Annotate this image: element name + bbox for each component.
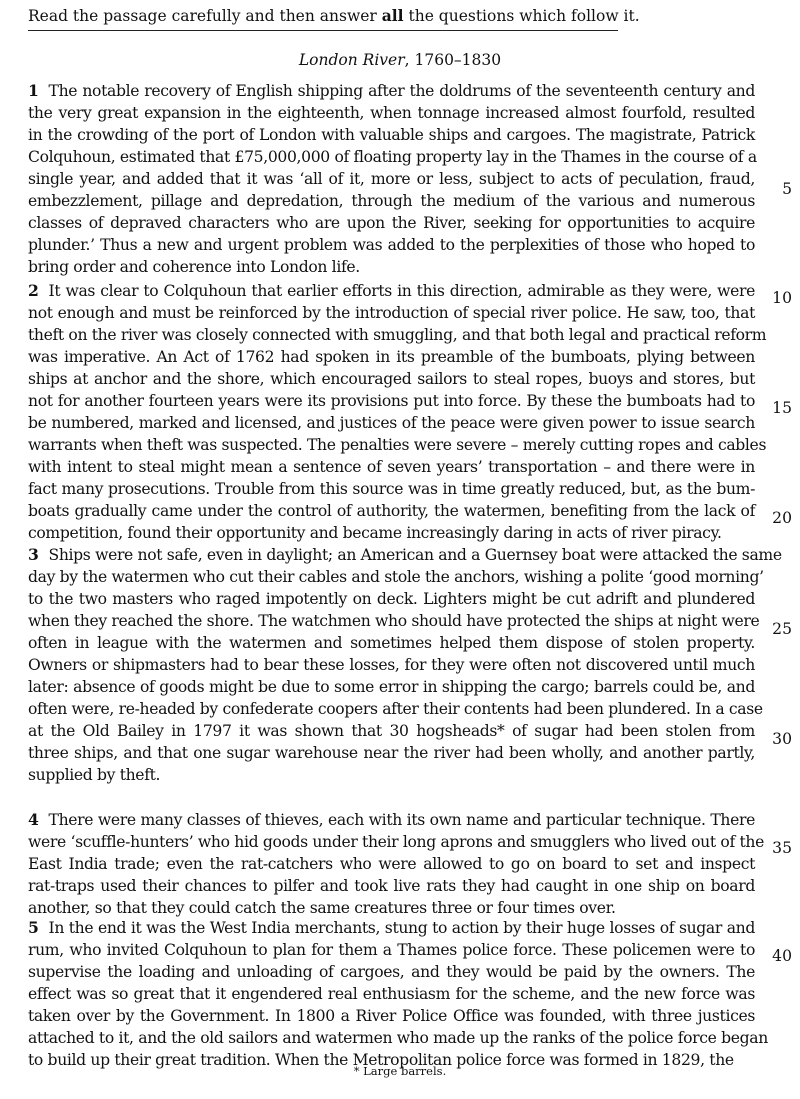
passage-line: boats gradually came under the control o… [28, 500, 755, 522]
passage-line-text: rum, who invited Colquhoun to plan for t… [28, 941, 755, 959]
passage-line-text: often were, re-headed by confederate coo… [28, 700, 763, 718]
passage-line: effect was so great that it engendered r… [28, 983, 755, 1005]
passage-line-text: to the two masters who raged impotently … [28, 590, 755, 608]
line-number: 25 [762, 618, 792, 640]
passage-line: Colquhoun, estimated that £75,000,000 of… [28, 146, 755, 168]
passage-line-text: when they reached the shore. The watchme… [28, 612, 759, 630]
line-number: 15 [762, 397, 792, 419]
passage-line-text: rat-traps used their chances to pilfer a… [28, 877, 755, 895]
paragraph-number: 4 [28, 810, 39, 829]
passage-line: when they reached the shore. The watchme… [28, 610, 755, 632]
passage-line-text: were ‘scuffle-hunters’ who hid goods und… [28, 833, 764, 851]
passage-line-text: in the crowding of the port of London wi… [28, 126, 755, 144]
passage-line-text: not for another fourteen years were its … [28, 392, 755, 410]
passage-line-text: warrants when theft was suspected. The p… [28, 436, 766, 454]
passage-line: embezzlement, pillage and depredation, t… [28, 190, 755, 212]
passage-line: bring order and coherence into London li… [28, 256, 755, 278]
passage-line: Owners or shipmasters had to bear these … [28, 654, 755, 676]
passage-line: single year, and added that it was ‘all … [28, 168, 755, 190]
footnote: * Large barrels. [0, 1063, 800, 1079]
paragraph-number: 1 [28, 81, 39, 100]
passage-line-text: In the end it was the West India merchan… [49, 919, 755, 937]
passage-line-text: competition, found their opportunity and… [28, 524, 722, 542]
passage-title-dates: , 1760–1830 [405, 51, 502, 69]
passage-line: rum, who invited Colquhoun to plan for t… [28, 939, 755, 961]
passage-line-text: at the Old Bailey in 1797 it was shown t… [28, 722, 755, 740]
passage-line: fact many prosecutions. Trouble from thi… [28, 478, 755, 500]
line-number: 5 [762, 178, 792, 200]
passage-line-text: day by the watermen who cut their cables… [28, 568, 764, 586]
passage-line-text: supplied by theft. [28, 766, 160, 784]
instruction-bold: all [382, 6, 404, 25]
passage-line: often in league with the watermen and so… [28, 632, 755, 654]
passage-line: not for another fourteen years were its … [28, 390, 755, 412]
passage-line: in the crowding of the port of London wi… [28, 124, 755, 146]
passage-line: supplied by theft. [28, 764, 755, 786]
instruction-post: the questions which follow it. [404, 7, 640, 25]
passage-line-text: be numbered, marked and licensed, and ju… [28, 414, 755, 432]
line-number: 40 [762, 945, 792, 967]
passage-line: 3Ships were not safe, even in daylight; … [28, 544, 755, 566]
paragraph-number: 5 [28, 918, 39, 937]
passage-line: 2It was clear to Colquhoun that earlier … [28, 280, 755, 302]
passage-title-italic: London River [299, 51, 405, 69]
passage-line: later: absence of goods might be due to … [28, 676, 755, 698]
paragraph-number: 2 [28, 281, 39, 300]
passage-line: plunder.’ Thus a new and urgent problem … [28, 234, 755, 256]
passage-line: supervise the loading and unloading of c… [28, 961, 755, 983]
passage-line: at the Old Bailey in 1797 it was shown t… [28, 720, 755, 742]
passage-line: not enough and must be reinforced by the… [28, 302, 755, 324]
passage-line: East India trade; even the rat-catchers … [28, 853, 755, 875]
passage-line: competition, found their opportunity and… [28, 522, 755, 544]
line-number: 20 [762, 507, 792, 529]
passage-line: day by the watermen who cut their cables… [28, 566, 755, 588]
passage-line-text: another, so that they could catch the sa… [28, 899, 616, 917]
passage-line-text: The notable recovery of English shipping… [49, 82, 755, 100]
passage-line-text: boats gradually came under the control o… [28, 502, 755, 520]
passage-line-text: attached to it, and the old sailors and … [28, 1029, 768, 1047]
passage-line-text: supervise the loading and unloading of c… [28, 963, 755, 981]
passage-line: ships at anchor and the shore, which enc… [28, 368, 755, 390]
passage-line: 1The notable recovery of English shippin… [28, 80, 755, 102]
passage-title: London River, 1760–1830 [0, 50, 800, 70]
passage-line: classes of depraved characters who are u… [28, 212, 755, 234]
passage-line-text: with intent to steal might mean a senten… [28, 458, 755, 476]
passage-line-text: taken over by the Government. In 1800 a … [28, 1007, 755, 1025]
passage-line: to the two masters who raged impotently … [28, 588, 755, 610]
passage-line: 4There were many classes of thieves, eac… [28, 809, 755, 831]
passage-line-text: There were many classes of thieves, each… [49, 811, 755, 829]
passage-line-text: Colquhoun, estimated that £75,000,000 of… [28, 148, 757, 166]
passage-line-text: Ships were not safe, even in daylight; a… [49, 546, 782, 564]
passage-line-text: ships at anchor and the shore, which enc… [28, 370, 755, 388]
passage-line: often were, re-headed by confederate coo… [28, 698, 755, 720]
passage-line-text: was imperative. An Act of 1762 had spoke… [28, 348, 755, 366]
passage-line: another, so that they could catch the sa… [28, 897, 755, 919]
passage-line: be numbered, marked and licensed, and ju… [28, 412, 755, 434]
passage-line: three ships, and that one sugar warehous… [28, 742, 755, 764]
passage-line-text: It was clear to Colquhoun that earlier e… [49, 282, 755, 300]
passage-line: warrants when theft was suspected. The p… [28, 434, 755, 456]
passage-line: rat-traps used their chances to pilfer a… [28, 875, 755, 897]
passage-line-text: theft on the river was closely connected… [28, 326, 766, 344]
passage-line: 5In the end it was the West India mercha… [28, 917, 755, 939]
line-number: 35 [762, 837, 792, 859]
passage-line-text: Owners or shipmasters had to bear these … [28, 656, 755, 674]
passage-line-text: three ships, and that one sugar warehous… [28, 744, 755, 762]
instruction-pre: Read the passage carefully and then answ… [28, 7, 382, 25]
passage-line: with intent to steal might mean a senten… [28, 456, 755, 478]
instruction: Read the passage carefully and then answ… [28, 6, 618, 31]
passage-line-text: bring order and coherence into London li… [28, 258, 360, 276]
passage-line-text: fact many prosecutions. Trouble from thi… [28, 480, 755, 498]
passage-line-text: the very great expansion in the eighteen… [28, 104, 755, 122]
passage-line: taken over by the Government. In 1800 a … [28, 1005, 755, 1027]
passage-line: attached to it, and the old sailors and … [28, 1027, 755, 1049]
passage-line: was imperative. An Act of 1762 had spoke… [28, 346, 755, 368]
passage-line-text: classes of depraved characters who are u… [28, 214, 755, 232]
passage-line-text: East India trade; even the rat-catchers … [28, 855, 755, 873]
passage-line-text: not enough and must be reinforced by the… [28, 304, 755, 322]
passage-line-text: often in league with the watermen and so… [28, 634, 755, 652]
line-number: 10 [762, 287, 792, 309]
passage-line-text: single year, and added that it was ‘all … [28, 170, 755, 188]
passage-line: were ‘scuffle-hunters’ who hid goods und… [28, 831, 755, 853]
passage-line-text: effect was so great that it engendered r… [28, 985, 755, 1003]
line-number: 30 [762, 728, 792, 750]
passage-line: the very great expansion in the eighteen… [28, 102, 755, 124]
passage-line: theft on the river was closely connected… [28, 324, 755, 346]
passage-line-text: plunder.’ Thus a new and urgent problem … [28, 236, 755, 254]
passage-line-text: later: absence of goods might be due to … [28, 678, 755, 696]
paragraph-number: 3 [28, 545, 39, 564]
passage-line-text: embezzlement, pillage and depredation, t… [28, 192, 755, 210]
